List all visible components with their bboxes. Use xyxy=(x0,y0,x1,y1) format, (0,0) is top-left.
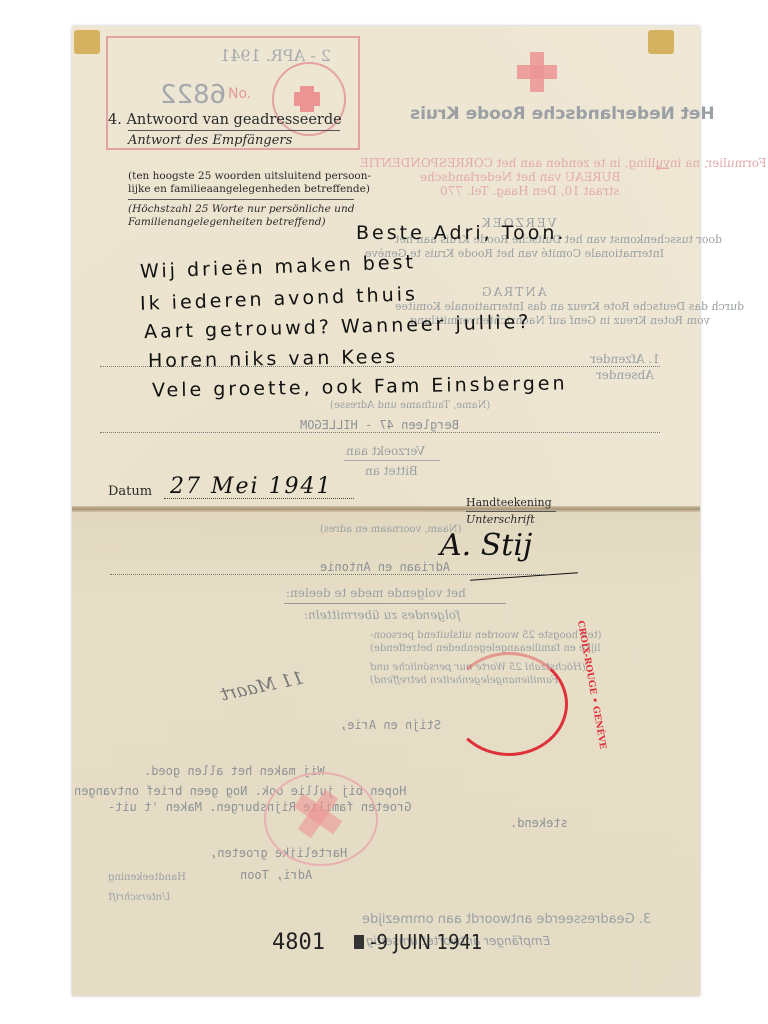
signature-label-de: Unterschrift xyxy=(466,513,535,526)
typed-address-bleedthrough: Bergleen 47 - HILLEGOM xyxy=(300,418,459,432)
instruction-de-2: Familienangelegenheiten betreffend) xyxy=(128,216,326,228)
section-title-nl: 4. Antwoord van geadresseerde xyxy=(108,112,342,128)
arrow-left-icon: ← xyxy=(655,158,670,179)
message-line-5: Horen niks van Kees xyxy=(148,346,398,372)
croix-rouge-stamp xyxy=(450,652,568,756)
typed-message-line-4: stekend. xyxy=(510,816,568,830)
stamp-mark-icon xyxy=(354,935,364,949)
date-label: Datum xyxy=(108,484,152,499)
received-date: -9 JUIN 1941 xyxy=(370,930,482,954)
typed-message-line-6: Adri, Toon xyxy=(240,868,312,882)
message-line-1: Beste Adri, Toon. xyxy=(356,222,566,244)
tape-mark-right xyxy=(648,30,674,54)
date-value: 27 Mei 1941 xyxy=(170,474,333,499)
org-name-bleedthrough: Het Nederlandsche Roode Kruis xyxy=(410,104,715,124)
section-title-de: Antwort des Empfängers xyxy=(128,133,292,148)
stamp-number: 6822 xyxy=(160,80,226,110)
tape-mark-left xyxy=(74,30,100,54)
reference-number: 4801 xyxy=(272,930,325,955)
fold-crease xyxy=(72,506,700,512)
section3-nl: 3. Geadresseerde antwoordt aan ommezijde xyxy=(362,912,651,927)
stamp-number-label: No. xyxy=(228,86,251,102)
instruction-nl-1: (ten hoogste 25 woorden uitsluitend pers… xyxy=(128,170,371,182)
form-note-1: Formulier, na invulling, in te zenden aa… xyxy=(360,156,767,170)
instruction-nl-2: lijke en familieaangelegenheden betreffe… xyxy=(128,183,370,195)
signature-label-nl: Handteekening xyxy=(466,496,552,509)
instruction-de-1: (Höchstzahl 25 Worte nur persönliche und xyxy=(128,203,354,215)
